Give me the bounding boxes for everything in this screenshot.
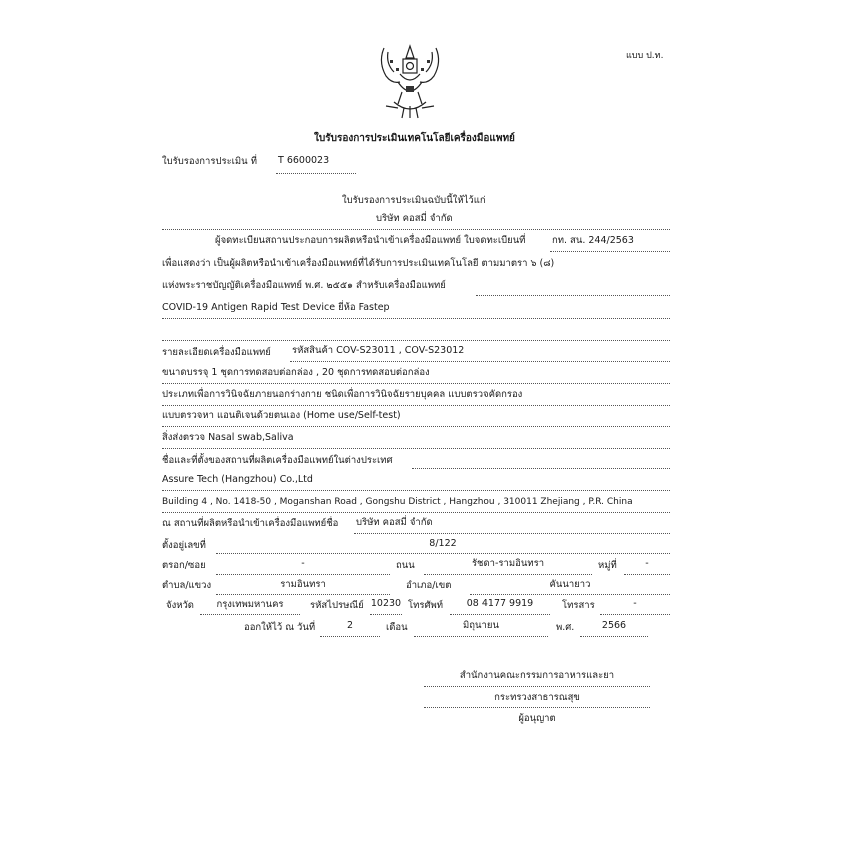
moo-value: - [624, 558, 670, 570]
province-label: จังหวัด [166, 600, 194, 612]
signature-office: สำนักงานคณะกรรมการอาหารและยา [424, 670, 650, 682]
packaging: ขนาดบรรจุ 1 ชุดการทดสอบต่อกล่อง , 20 ชุด… [162, 367, 430, 379]
issued-year-label: พ.ศ. [556, 622, 574, 634]
signature-role: ผู้อนุญาต [424, 713, 650, 725]
province-value: กรุงเทพมหานคร [200, 599, 300, 611]
certificate-number-label: ใบรับรองการประเมิน ที่ [162, 156, 257, 168]
issued-month: มิถุนายน [414, 620, 548, 632]
statement-line-2: แห่งพระราชบัญญัติเครื่องมือแพทย์ พ.ศ. ๒๕… [162, 280, 446, 292]
issued-day: 2 [320, 620, 380, 632]
phone-value: 08 4177 9919 [450, 598, 550, 610]
device-type: ประเภทเพื่อการวินิจฉัยภายนอกร่างกาย ชนิด… [162, 389, 522, 401]
issued-day-label: ออกให้ไว้ ณ วันที่ [244, 622, 315, 634]
issued-to-intro: ใบรับรองการประเมินฉบับนี้ให้ไว้แก่ [342, 195, 486, 207]
issued-year: 2566 [580, 620, 648, 632]
house-number-label: ตั้งอยู่เลขที่ [162, 540, 206, 552]
fax-value: - [600, 598, 670, 610]
phone-label: โทรศัพท์ [408, 600, 443, 612]
device-name: COVID-19 Antigen Rapid Test Device ยี่ห้… [162, 302, 390, 314]
details-label: รายละเอียดเครื่องมือแพทย์ [162, 347, 271, 359]
fax-label: โทรสาร [562, 600, 595, 612]
statement-line-1: เพื่อแสดงว่า เป็นผู้ผลิตหรือนำเข้าเครื่อ… [162, 258, 554, 270]
subdistrict-value: รามอินทรา [216, 579, 390, 591]
road-label: ถนน [396, 560, 415, 572]
postcode-value: 10230 [370, 598, 402, 610]
registration-number: กท. สน. 244/2563 [552, 235, 634, 247]
district-value: คันนายาว [470, 579, 670, 591]
soi-value: - [216, 558, 390, 570]
road-value: รัชดา-รามอินทรา [424, 558, 592, 570]
foreign-manufacturer-label: ชื่อและที่ตั้งของสถานที่ผลิตเครื่องมือแพ… [162, 455, 393, 467]
issued-to-company: บริษัท คอสมี่ จำกัด [376, 213, 453, 225]
moo-label: หมู่ที่ [598, 560, 617, 572]
product-code: รหัสสินค้า COV-S23011 , COV-S23012 [292, 345, 464, 357]
specimen: สิ่งส่งตรวจ Nasal swab,Saliva [162, 432, 294, 444]
issued-month-label: เดือน [386, 622, 408, 634]
certificate-number-value: T 6600023 [278, 155, 329, 167]
document-title: ใบรับรองการประเมินเทคโนโลยีเครื่องมือแพท… [314, 133, 515, 145]
garuda-emblem-icon [376, 42, 444, 120]
foreign-manufacturer-name: Assure Tech (Hangzhou) Co.,Ltd [162, 474, 313, 486]
registrant-label: ผู้จดทะเบียนสถานประกอบการผลิตหรือนำเข้าเ… [215, 235, 525, 247]
subdistrict-label: ตำบล/แขวง [162, 580, 211, 592]
form-code: แบบ ป.ท. [626, 48, 663, 62]
house-number: 8/122 [216, 538, 670, 550]
local-site-label: ณ สถานที่ผลิตหรือนำเข้าเครื่องมือแพทย์ชื… [162, 518, 338, 530]
soi-label: ตรอก/ซอย [162, 560, 206, 572]
local-site-name: บริษัท คอสมี่ จำกัด [356, 517, 433, 529]
test-kind: แบบตรวจหา แอนติเจนด้วยตนเอง (Home use/Se… [162, 410, 401, 422]
foreign-manufacturer-address: Building 4 , No. 1418-50 , Moganshan Roa… [162, 496, 633, 508]
district-label: อำเภอ/เขต [406, 580, 451, 592]
postcode-label: รหัสไปรษณีย์ [310, 600, 364, 612]
signature-ministry: กระทรวงสาธารณสุข [424, 692, 650, 704]
